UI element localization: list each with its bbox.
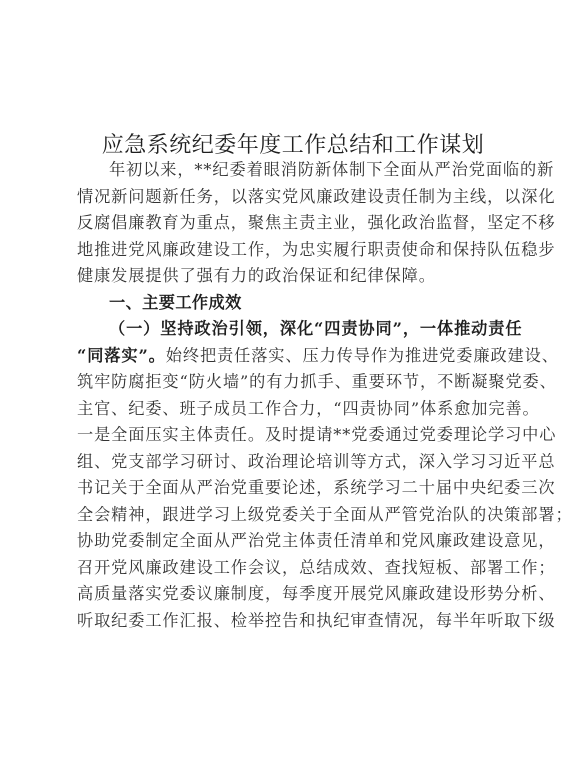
intro-line: 情况新问题新任务，以落实党风廉政建设责任制为主线，以深化 — [77, 187, 507, 207]
intro-line: 健康发展提供了强有力的政治保证和纪律保障。 — [77, 266, 507, 286]
body-text: 始终把责任落实、压力传导作为推进党委廉政建设、 — [166, 346, 559, 365]
body-line: 协助党委制定全面从严治党主体责任清单和党风廉政建设意见， — [77, 531, 507, 551]
document-title: 应急系统纪委年度工作总结和工作谋划 — [0, 131, 586, 161]
body-line: 主官、纪委、班子成员工作合力，“四责协同”体系愈加完善。 — [77, 399, 507, 419]
subsection-heading-continued: “同落实”。始终把责任落实、压力传导作为推进党委廉政建设、 — [77, 346, 507, 366]
body-line: 组、党支部学习研讨、政治理论培训等方式，深入学习习近平总 — [77, 452, 507, 472]
body-line: 全会精神，跟进学习上级党委关于全面从严管党治队的决策部署； — [77, 505, 507, 525]
body-line: 书记关于全面从严治党重要论述，系统学习二十届中央纪委三次 — [77, 478, 507, 498]
body-line: 高质量落实党委议廉制度，每季度开展党风廉政建设形势分析、 — [77, 584, 507, 604]
document-page: 应急系统纪委年度工作总结和工作谋划 年初以来，**纪委着眼消防新体制下全面从严治… — [0, 0, 586, 759]
intro-line: 地推进党风廉政建设工作，为忠实履行职责使命和保持队伍稳步 — [77, 240, 507, 260]
section-heading: 一、主要工作成效 — [109, 293, 539, 313]
subsection-heading: （一）坚持政治引领，深化“四责协同”，一体推动责任 — [109, 319, 539, 339]
intro-line: 反腐倡廉教育为重点，聚焦主责主业，强化政治监督，坚定不移 — [77, 213, 507, 233]
intro-line: 年初以来，**纪委着眼消防新体制下全面从严治党面临的新 — [109, 160, 539, 180]
body-line: 一是全面压实主体责任。及时提请**党委通过党委理论学习中心 — [77, 425, 507, 445]
subsection-heading-end: “同落实”。 — [77, 346, 166, 365]
body-line: 召开党风廉政建设工作会议，总结成效、查找短板、部署工作； — [77, 558, 507, 578]
body-line: 听取纪委工作汇报、检举控告和执纪审查情况，每半年听取下级 — [77, 611, 507, 631]
body-line: 筑牢防腐拒变“防火墙”的有力抓手、重要环节，不断凝聚党委、 — [77, 372, 507, 392]
